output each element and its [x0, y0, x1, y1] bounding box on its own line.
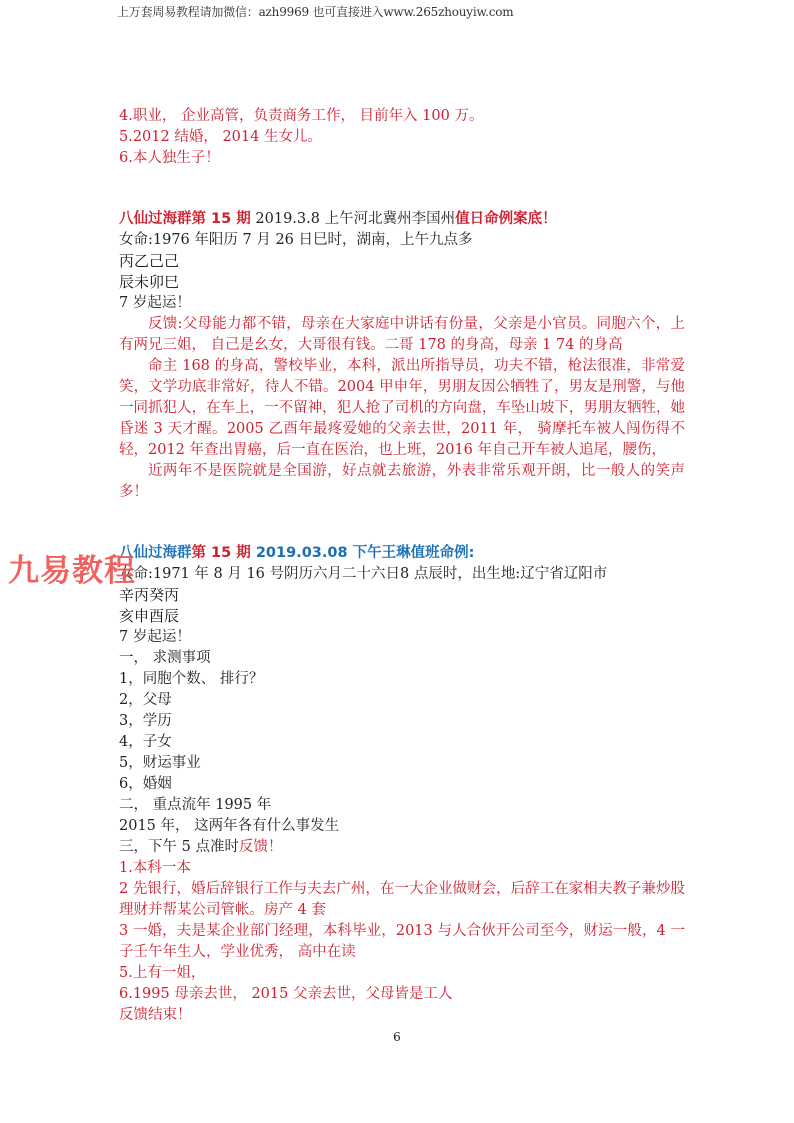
feedback-item: 5.上有一姐，: [119, 963, 685, 984]
case-2-heading: 八仙过海群第 15 期 2019.03.08 下午王琳值班命例:: [119, 543, 685, 564]
case-2-birth-info: 女命:1971 年 8 月 16 号阴历六月二十六日8 点辰时，出生地:辽宁省辽…: [119, 564, 685, 585]
case-2-heavenly-stems: 辛丙癸丙: [119, 585, 685, 606]
page-number: 6: [0, 1030, 794, 1044]
feedback-item: 6.1995 母亲去世， 2015 父亲去世，父母皆是工人: [119, 984, 685, 1005]
case-2-heading-rest: 2019.03.08 下午王琳值班命例:: [251, 545, 475, 561]
question-item: 5，财运事业: [119, 753, 685, 774]
feedback-line: 6.本人独生子！: [119, 148, 685, 169]
case-1-feedback-paragraph: 反馈:父母能力都不错，母亲在大家庭中讲话有份量，父亲是小官员。同胞六个，上有两兄…: [119, 314, 685, 356]
case-1-heavenly-stems: 丙乙己己: [119, 251, 685, 272]
header-promo-note: 上万套周易教程请加微信：azh9969 也可直接进入www.265zhouyiw…: [117, 3, 513, 20]
feedback-line: 5.2012 结婚， 2014 生女儿。: [119, 127, 685, 148]
watermark-logo: 九易教程: [8, 545, 136, 590]
case-2: 八仙过海群第 15 期 2019.03.08 下午王琳值班命例: 女命:1971…: [119, 543, 685, 1026]
question-item: 1，同胞个数、 排行？: [119, 669, 685, 690]
previous-case-tail: 4.职业， 企业高管，负责商务工作， 目前年入 100 万。 5.2012 结婚…: [119, 106, 685, 169]
case-1-earthly-branches: 辰未卯巳: [119, 272, 685, 293]
feedback-item: 2 先银行，婚后辞银行工作与夫去广州，在一大企业做财会，后辞工在家相夫教子兼炒股…: [119, 879, 685, 921]
feedback-item: 3 一婚，夫是某企业部门经理，本科毕业，2013 与人合伙开公司至今，财运一般，…: [119, 921, 685, 963]
question-item: 4，子女: [119, 732, 685, 753]
question-item: 6，婚姻: [119, 774, 685, 795]
case-1-group-label: 八仙过海群第 15 期: [119, 211, 251, 227]
feedback-line: 4.职业， 企业高管，负责商务工作， 目前年入 100 万。: [119, 106, 685, 127]
case-2-key-years-title: 二， 重点流年 1995 年: [119, 795, 685, 816]
feedback-intro-label: 反馈！: [239, 839, 283, 855]
feedback-item: 1.本科一本: [119, 858, 685, 879]
case-1-heading: 八仙过海群第 15 期 2019.3.8 上午河北冀州李国州值日命例案底！: [119, 209, 685, 230]
case-1-feedback-paragraph: 命主 168 的身高，警校毕业，本科，派出所指导员，功夫不错，枪法很准，非常爱笑…: [119, 356, 685, 461]
case-1-luck-start: 7 岁起运！: [119, 293, 685, 314]
case-2-earthly-branches: 亥申酉辰: [119, 606, 685, 627]
case-2-luck-start: 7 岁起运！: [119, 627, 685, 648]
question-item: 2，父母: [119, 690, 685, 711]
feedback-item: 反馈结束！: [119, 1005, 685, 1026]
feedback-intro-prefix: 三，下午 5 点准时: [119, 839, 239, 855]
case-2-questions-title: 一， 求测事项: [119, 648, 685, 669]
case-1-date-host: 2019.3.8 上午河北冀州李国州: [251, 211, 455, 227]
case-2-feedback-intro: 三，下午 5 点准时反馈！: [119, 837, 685, 858]
question-item: 3，学历: [119, 711, 685, 732]
case-2-issue-label: 第 15 期: [192, 545, 251, 561]
case-1: 八仙过海群第 15 期 2019.3.8 上午河北冀州李国州值日命例案底！ 女命…: [119, 209, 685, 503]
case-1-birth-info: 女命:1976 年阳历 7 月 26 日巳时，湖南，上午九点多: [119, 230, 685, 251]
case-1-feedback-paragraph: 近两年不是医院就是全国游，好点就去旅游，外表非常乐观开朗，比一般人的笑声多！: [119, 461, 685, 503]
case-1-heading-tail: 值日命例案底！: [455, 211, 557, 227]
case-2-key-years-detail: 2015 年， 这两年各有什么事发生: [119, 816, 685, 837]
